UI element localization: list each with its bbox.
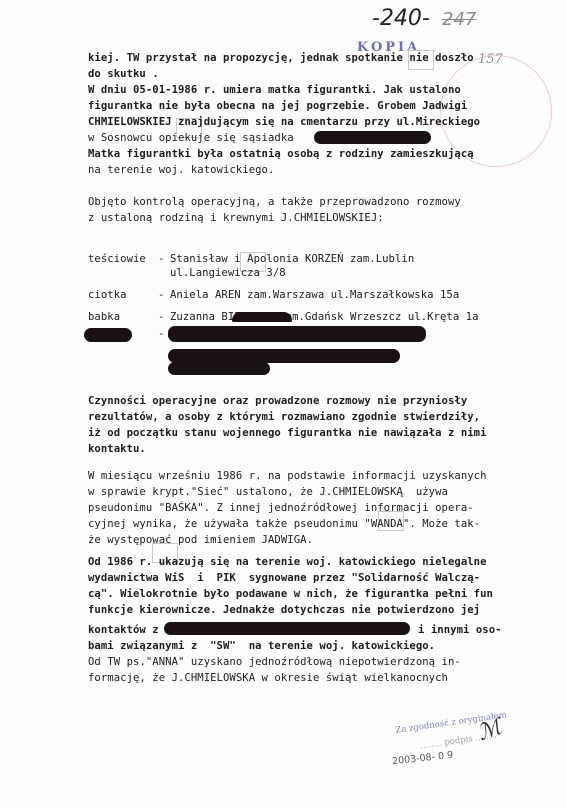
- document-page: -240- 247 KOPIA 157 kiej. TW przystał na…: [0, 0, 567, 808]
- relative-dash: -: [158, 311, 164, 324]
- relative-dash: -: [158, 289, 164, 302]
- text-line: rezultatów, a osoby z którymi rozmawiano…: [88, 411, 480, 424]
- relative-relation: teściowie: [88, 253, 146, 266]
- text-line: iż od początku stanu wojennego figurantk…: [88, 427, 487, 440]
- redaction: [168, 349, 400, 363]
- text-line: w Sosnowcu opiekuje się sąsiadka: [88, 132, 294, 145]
- relative-detail: Stanisław i Apolonia KORZEŃ zam.Lublin: [170, 253, 414, 266]
- redaction: [232, 312, 292, 322]
- redaction: [314, 131, 431, 144]
- text-line: Objęto kontrolą operacyjną, a także prze…: [88, 196, 461, 209]
- certification-date: 2003-08- 0 9: [392, 750, 454, 767]
- text-line: z ustaloną rodziną i krewnymi J.CHMIELOW…: [88, 212, 384, 225]
- text-line: formację, że J.CHMIELOWSKA w okresie świ…: [88, 672, 448, 685]
- text-line: figurantka nie była obecna na jej pogrze…: [88, 100, 467, 113]
- text-line: kontaktów z: [88, 624, 159, 637]
- text-line: pseudonimu "BAŚKA". Z innej jednoźródłow…: [88, 502, 474, 515]
- redaction: [168, 326, 426, 342]
- text-line: CHMIELOWSKIEJ znajdującym się na cmentar…: [88, 116, 480, 129]
- relative-dash: -: [158, 253, 164, 266]
- text-line: do skutku .: [88, 68, 159, 81]
- redaction: [164, 622, 410, 635]
- text-line: W dniu 05-01-1986 r. umiera matka figura…: [88, 84, 461, 97]
- text-line: Od 1986 r. ukazują się na terenie woj. k…: [88, 556, 487, 569]
- relative-relation: ciotka: [88, 289, 127, 302]
- text-line: kiej. TW przystał na propozycję, jednak …: [88, 52, 474, 65]
- relative-detail: ul.Langiewicza 3/8: [170, 267, 286, 280]
- relative-detail: Zuzanna BIELECKA zam.Gdańsk Wrzeszcz ul.…: [170, 311, 479, 324]
- text-line: i innymi oso-: [418, 624, 502, 637]
- text-line: cą". Wielokrotnie było podawane w nich, …: [88, 588, 493, 601]
- text-line: bami związanymi z "SW" na terenie woj. k…: [88, 640, 435, 653]
- relative-detail: Aniela AREN zam.Warszawa ul.Marszałkowsk…: [170, 289, 459, 302]
- text-line: Czynności operacyjne oraz prowadzone roz…: [88, 395, 467, 408]
- text-line: funkcje kierownicze. Jednakże dotychczas…: [88, 604, 480, 617]
- text-line: W miesiącu wrześniu 1986 r. na podstawie…: [88, 470, 487, 483]
- text-line: na terenie woj. katowickiego.: [88, 164, 274, 177]
- text-line: że występować pod imieniem JADWIGA.: [88, 534, 313, 547]
- relative-relation: babka: [88, 311, 120, 324]
- text-line: w sprawie krypt."Sieć" ustalono, że J.CH…: [88, 486, 448, 499]
- text-line: Matka figurantki była ostatnią osobą z r…: [88, 148, 474, 161]
- text-line: wydawnictwa WiS i PIK sygnowane przez "S…: [88, 572, 480, 585]
- text-line: cyjnej wynika, że używała także pseudoni…: [88, 518, 480, 531]
- text-line: kontaktu.: [88, 443, 146, 456]
- redaction: [168, 362, 270, 375]
- relative-dash: -: [158, 328, 164, 341]
- handwritten-page-number: -240-: [372, 6, 430, 31]
- text-line: Od TW ps."ANNA" uzyskano jednoźródłową n…: [88, 656, 461, 669]
- redaction: [84, 328, 132, 342]
- crossed-page-number: 247: [442, 9, 476, 30]
